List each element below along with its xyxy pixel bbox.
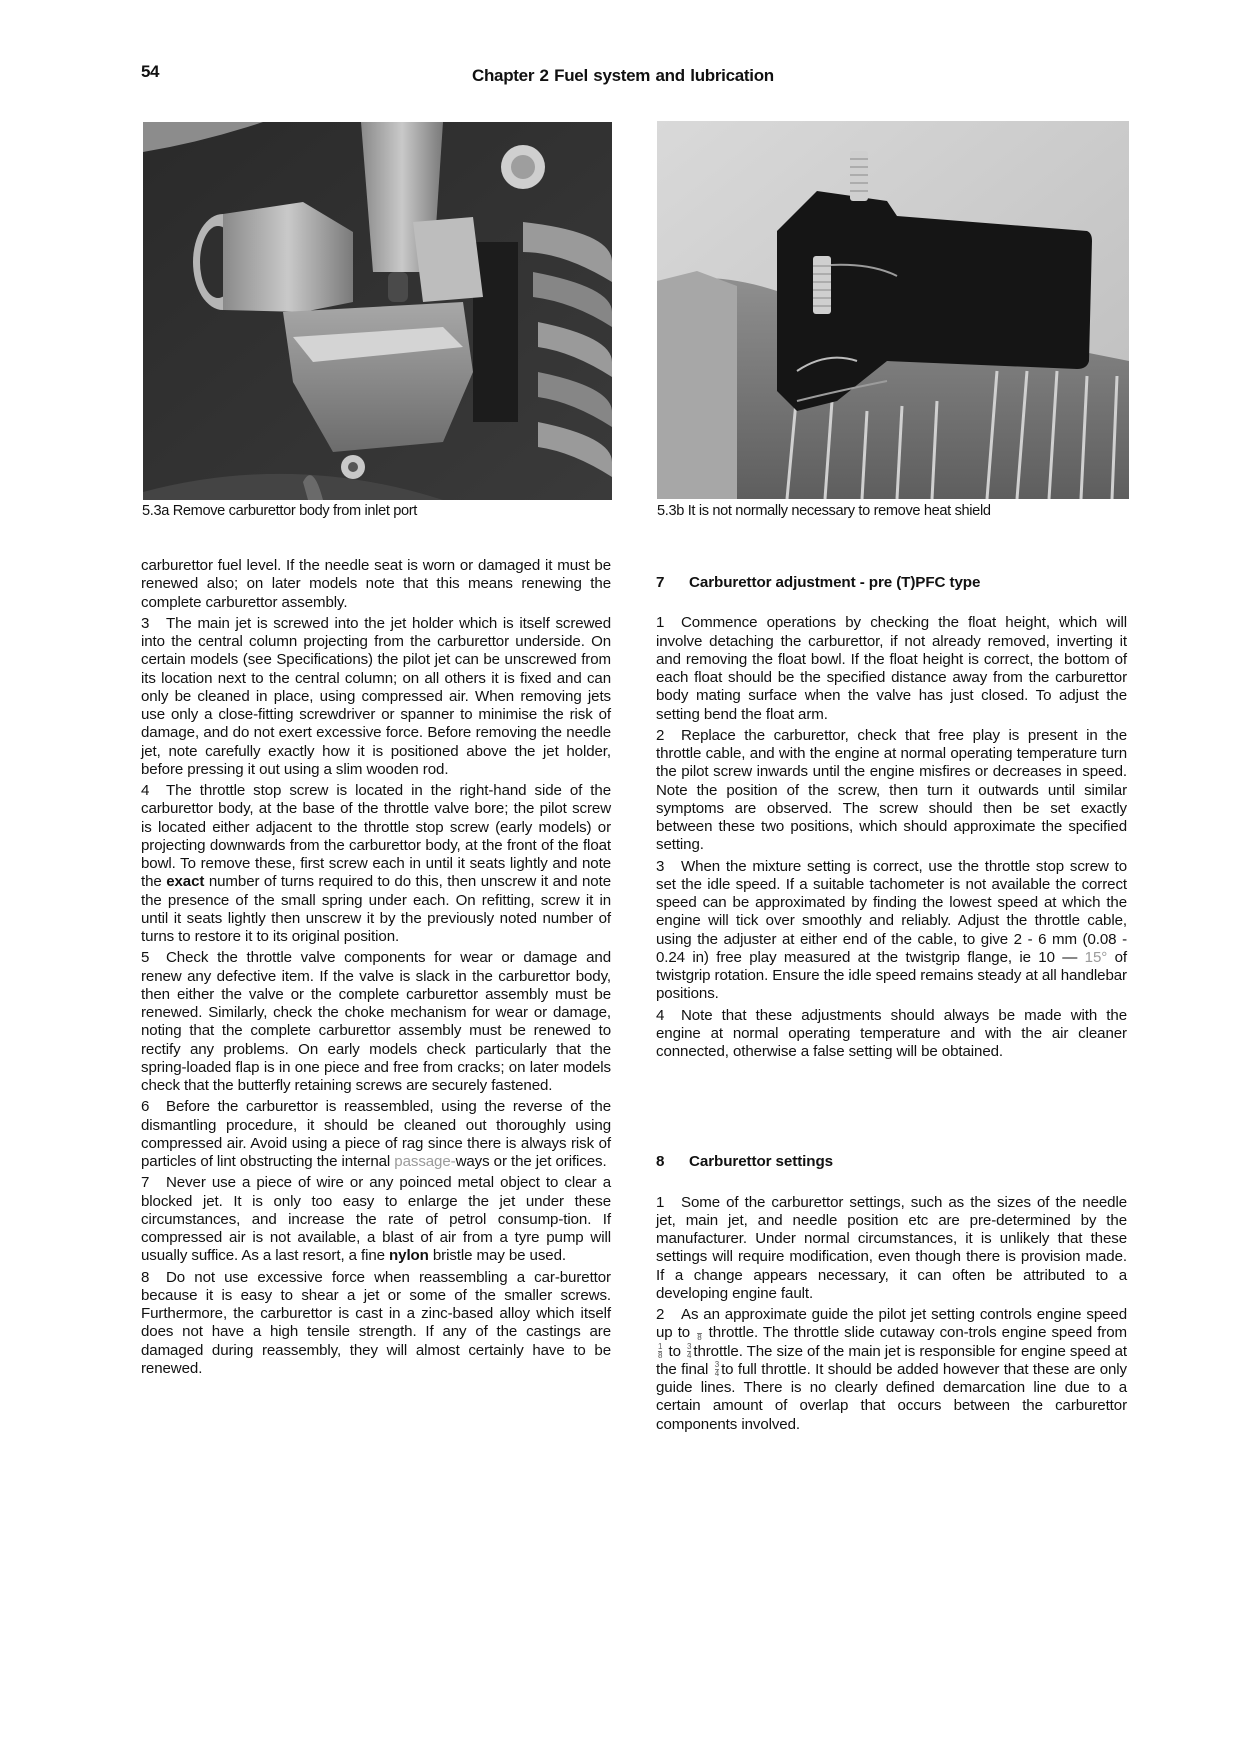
fraction-numerator: 3 xyxy=(687,1343,691,1351)
paragraph-text: Some of the carburettor settings, such a… xyxy=(656,1194,1127,1302)
paragraph-6: 6Before the carburettor is reassembled, … xyxy=(141,1098,611,1171)
paragraph-text: Replace the carburettor, check that free… xyxy=(656,727,1127,854)
paragraph-text: Do not use excessive force when reassemb… xyxy=(141,1269,611,1377)
figure-5-3b-photo xyxy=(657,121,1129,499)
paragraph-number: 1 xyxy=(656,614,681,632)
paragraph-number: 6 xyxy=(141,1098,166,1116)
section-8-heading: 8 Carburettor settings xyxy=(656,1153,1127,1171)
page-number: 54 xyxy=(141,62,159,82)
paragraph-5: 5Check the throttle valve components for… xyxy=(141,949,611,1095)
fraction-three-quarters: 34 xyxy=(687,1343,691,1360)
figure-5-3b-caption: 5.3b It is not normally necessary to rem… xyxy=(657,503,991,519)
paragraph-number: 4 xyxy=(656,1007,681,1025)
section-spacer xyxy=(656,1064,1127,1136)
paragraph-7: 7Never use a piece of wire or any poince… xyxy=(141,1174,611,1265)
section-7-paragraph-3: 3When the mixture setting is correct, us… xyxy=(656,858,1127,1004)
paragraph-text: to full throttle. It should be added how… xyxy=(656,1361,1127,1433)
section-7-paragraph-4: 4Note that these adjustments should alwa… xyxy=(656,1007,1127,1062)
fraction-denominator: 8 xyxy=(697,1333,701,1342)
fraction-three-quarters: 34 xyxy=(715,1361,719,1378)
section-8-paragraph-2: 2As an approximate guide the pilot jet s… xyxy=(656,1306,1127,1434)
section-8-paragraph-1: 1Some of the carburettor settings, such … xyxy=(656,1194,1127,1304)
right-text-column: 7 Carburettor adjustment - pre (T)PFC ty… xyxy=(656,557,1127,1437)
paragraph-text: carburettor fuel level. If the needle se… xyxy=(141,557,611,611)
fraction-numerator: ​ xyxy=(697,1325,701,1333)
carburettor-photo-image xyxy=(143,122,612,500)
paragraph-number: 7 xyxy=(141,1174,166,1192)
paragraph-number: 2 xyxy=(656,1306,681,1324)
left-text-column: carburettor fuel level. If the needle se… xyxy=(141,557,611,1381)
section-7-paragraph-2: 2Replace the carburettor, check that fre… xyxy=(656,727,1127,855)
fraction-eighth: ​8 xyxy=(697,1325,701,1342)
heat-shield-photo-image xyxy=(657,121,1129,499)
paragraph-number: 3 xyxy=(141,615,166,633)
paragraph-text: throttle. The throttle slide cutaway con… xyxy=(704,1324,1127,1341)
faint-text: 15° xyxy=(1085,949,1108,966)
paragraph-text: number of turns required to do this, the… xyxy=(141,873,611,945)
fraction-numerator: 3 xyxy=(715,1361,719,1369)
paragraph-text: to xyxy=(664,1343,685,1360)
section-title: Carburettor settings xyxy=(689,1153,833,1171)
section-title: Carburettor adjustment - pre (T)PFC type xyxy=(689,574,980,592)
paragraph-number: 5 xyxy=(141,949,166,967)
paragraph-text: Note that these adjustments should alway… xyxy=(656,1007,1127,1061)
section-number: 7 xyxy=(656,574,689,592)
running-head: Chapter 2 Fuel system and lubrication xyxy=(472,66,774,86)
paragraph-text: Check the throttle valve components for … xyxy=(141,949,611,1094)
fraction-numerator: 1 xyxy=(658,1343,662,1351)
paragraph-text: ways or the jet orifices. xyxy=(456,1153,607,1170)
paragraph-number: 4 xyxy=(141,782,166,800)
section-7-paragraph-1: 1Commence operations by checking the flo… xyxy=(656,614,1127,724)
paragraph-number: 8 xyxy=(141,1269,166,1287)
figure-5-3a-caption: 5.3a Remove carburettor body from inlet … xyxy=(142,503,417,519)
paragraph-text: When the mixture setting is correct, use… xyxy=(656,858,1127,966)
faint-text: passage- xyxy=(394,1153,455,1170)
emphasis-nylon: nylon xyxy=(389,1247,429,1264)
paragraph-text: The main jet is screwed into the jet hol… xyxy=(141,615,611,778)
fraction-one-eighth: 18 xyxy=(658,1343,662,1360)
paragraph-text: bristle may be used. xyxy=(429,1247,566,1264)
fraction-denominator: 4 xyxy=(687,1351,691,1360)
section-number: 8 xyxy=(656,1153,689,1171)
fraction-denominator: 8 xyxy=(658,1351,662,1360)
paragraph-8: 8Do not use excessive force when reassem… xyxy=(141,1269,611,1379)
paragraph-number: 1 xyxy=(656,1194,681,1212)
paragraph-number: 3 xyxy=(656,858,681,876)
continuation-paragraph: carburettor fuel level. If the needle se… xyxy=(141,557,611,612)
emphasis-exact: exact xyxy=(166,873,204,890)
section-7-heading: 7 Carburettor adjustment - pre (T)PFC ty… xyxy=(656,574,1127,592)
paragraph-number: 2 xyxy=(656,727,681,745)
figure-5-3a-photo xyxy=(143,122,612,500)
paragraph-3: 3The main jet is screwed into the jet ho… xyxy=(141,615,611,779)
paragraph-4: 4The throttle stop screw is located in t… xyxy=(141,782,611,946)
fraction-denominator: 4 xyxy=(715,1369,719,1378)
paragraph-text: Commence operations by checking the floa… xyxy=(656,614,1127,722)
